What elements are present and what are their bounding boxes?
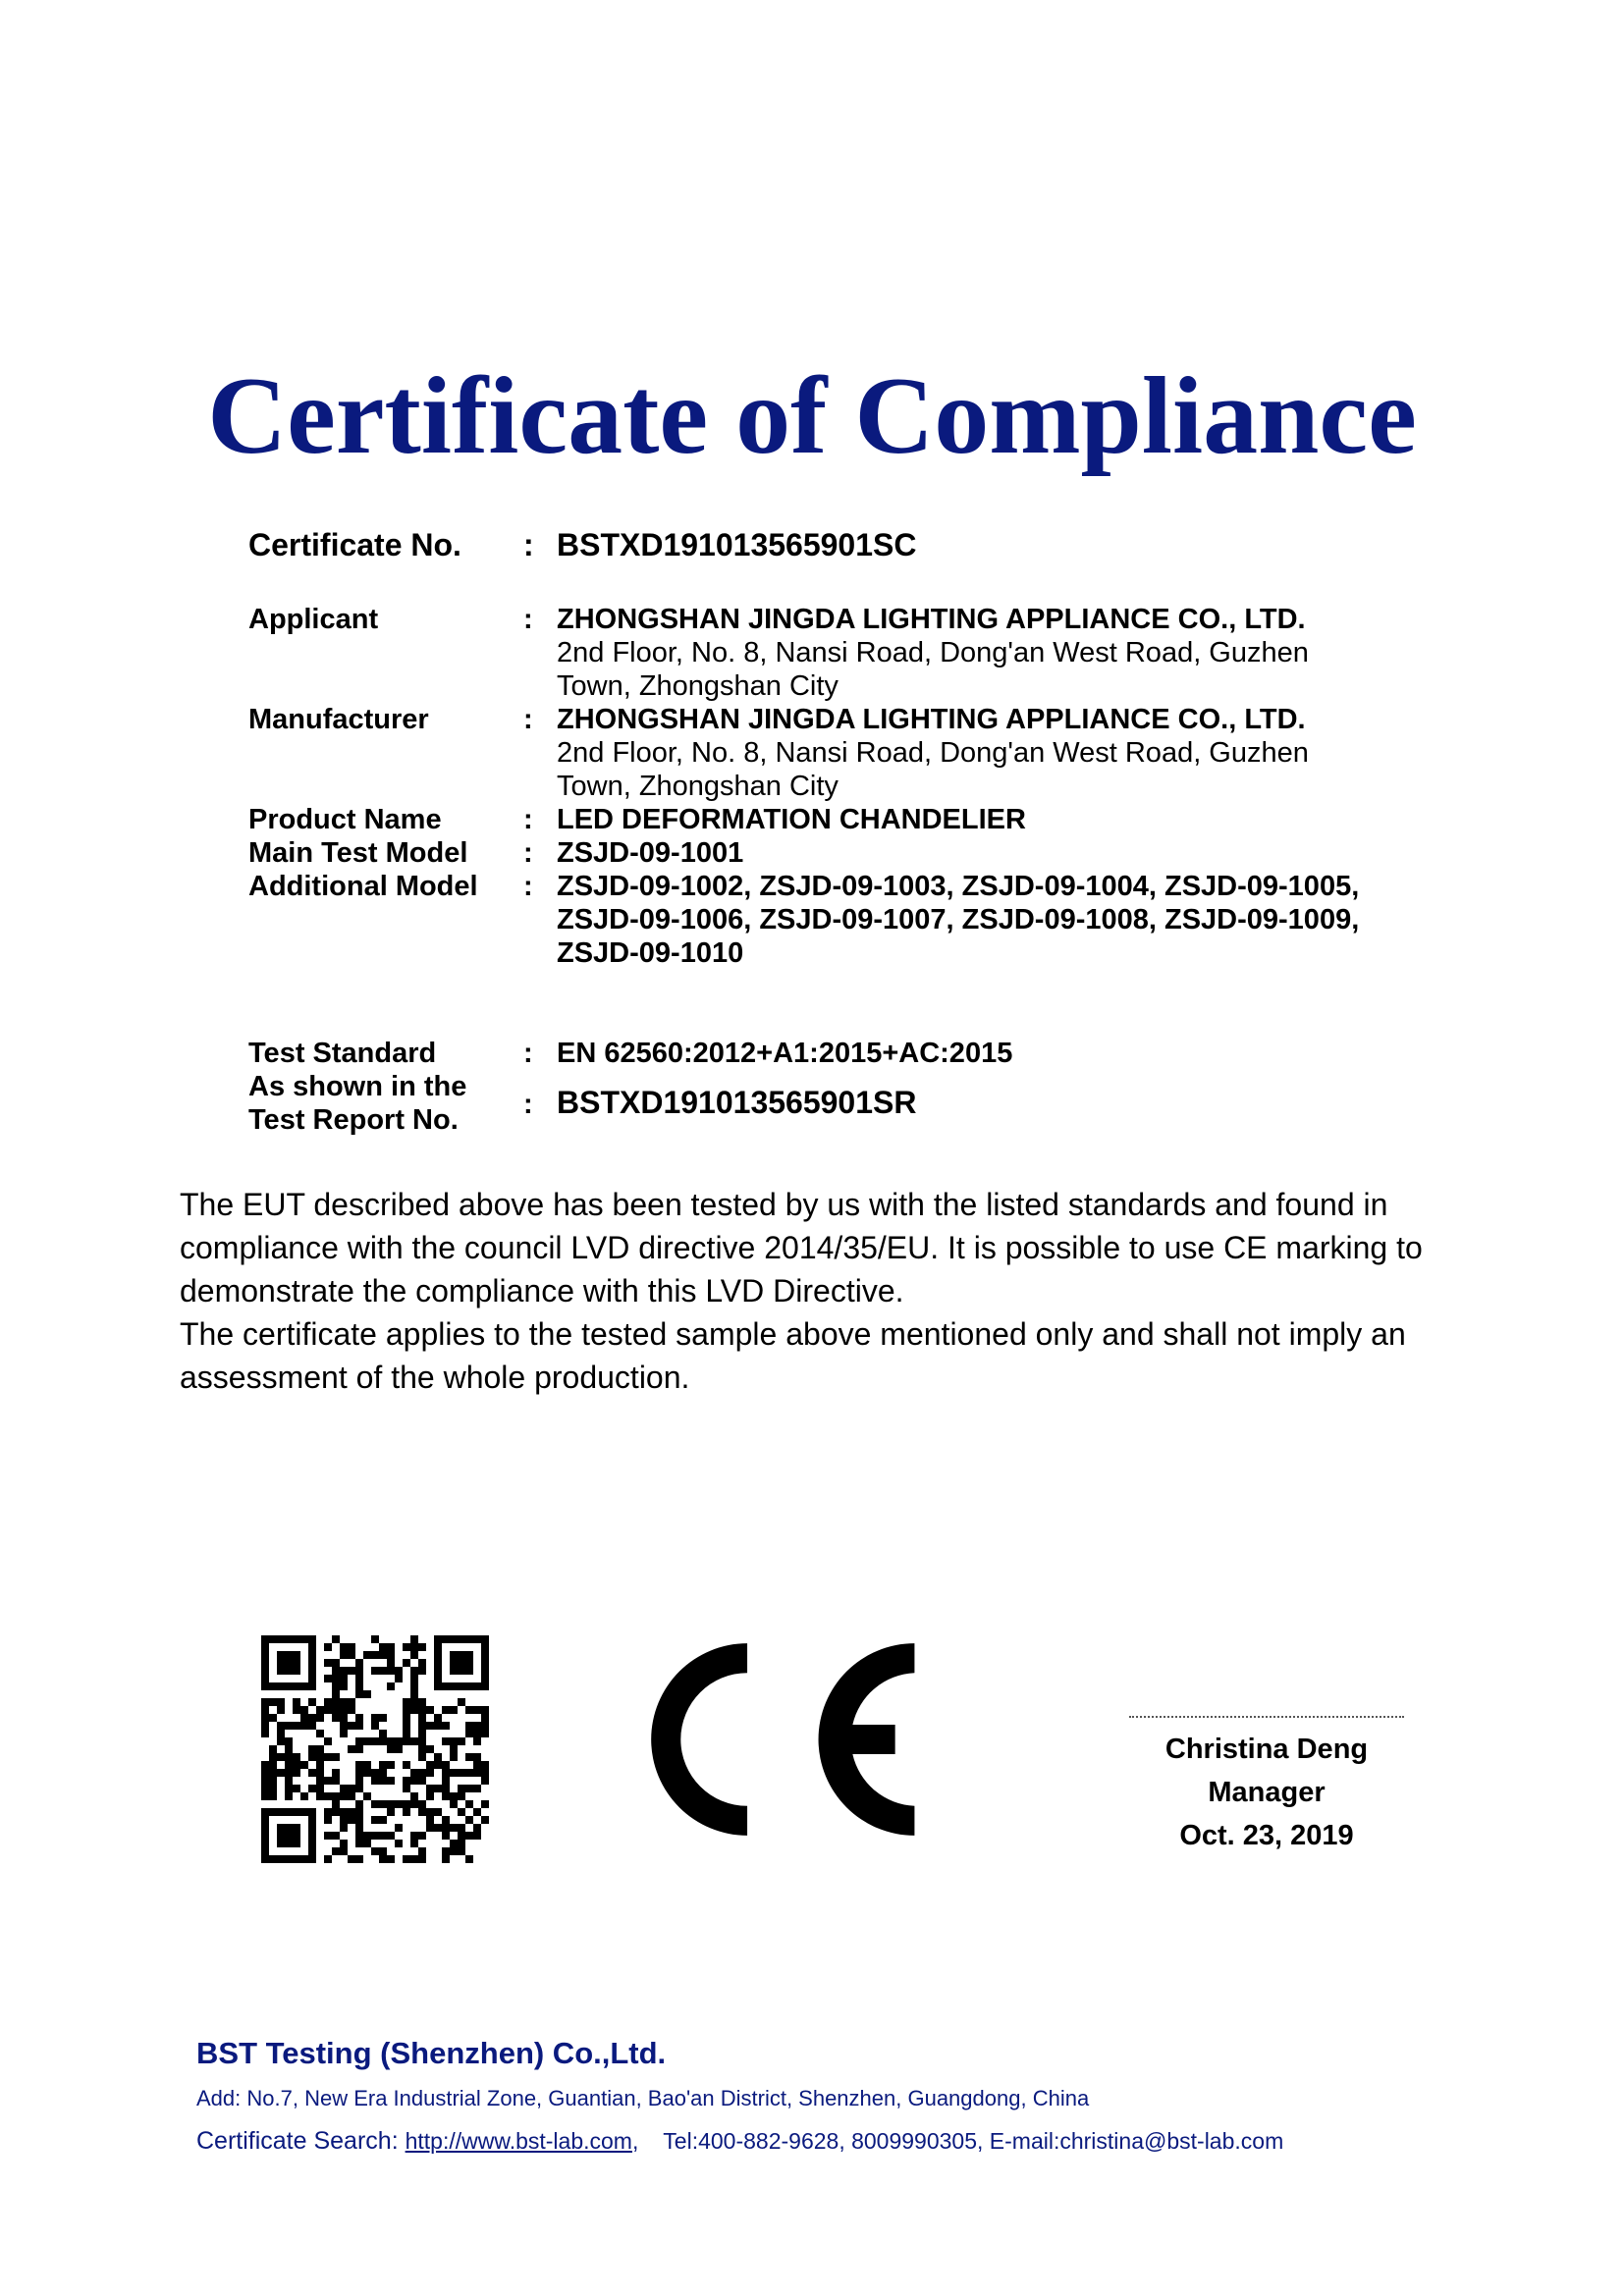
manufacturer-value: ZHONGSHAN JINGDA LIGHTING APPLIANCE CO.,… <box>557 703 1440 803</box>
test-report-value: BSTXD191013565901SR <box>557 1086 1440 1119</box>
test-standard-value: EN 62560:2012+A1:2015+AC:2015 <box>557 1037 1440 1070</box>
applicant-value: ZHONGSHAN JINGDA LIGHTING APPLIANCE CO.,… <box>557 603 1440 703</box>
footer-address: Add: No.7, New Era Industrial Zone, Guan… <box>196 2085 1283 2112</box>
colon: : <box>523 528 534 561</box>
ce-mark-icon <box>638 1631 952 1847</box>
main-test-model-label: Main Test Model <box>248 836 514 870</box>
test-report-label: As shown in the Test Report No. <box>248 1070 514 1137</box>
product-name-value: LED DEFORMATION CHANDELIER <box>557 803 1440 836</box>
signatory-role: Manager <box>1129 1771 1404 1814</box>
colon: : <box>523 1037 533 1070</box>
test-report-label-line1: As shown in the <box>248 1070 514 1103</box>
certificate-no-label: Certificate No. <box>248 528 514 561</box>
statement-paragraph: The EUT described above has been tested … <box>180 1183 1476 1312</box>
certificate-no-value: BSTXD191013565901SC <box>557 528 1440 561</box>
footer: BST Testing (Shenzhen) Co.,Ltd. Add: No.… <box>196 2034 1283 2156</box>
signature-date: Oct. 23, 2019 <box>1129 1814 1404 1857</box>
footer-contact: Tel:400-882-9628, 8009990305, E-mail:chr… <box>663 2128 1283 2154</box>
signature-line <box>1129 1716 1404 1718</box>
main-test-model-value: ZSJD-09-1001 <box>557 836 1440 870</box>
manufacturer-address-line2: Town, Zhongshan City <box>557 770 1440 803</box>
colon: : <box>523 603 533 636</box>
product-name-label: Product Name <box>248 803 514 836</box>
test-report-label-line2: Test Report No. <box>248 1103 514 1137</box>
page-title: Certificate of Compliance <box>0 361 1624 471</box>
compliance-statement: The EUT described above has been tested … <box>180 1183 1476 1399</box>
applicant-address-line1: 2nd Floor, No. 8, Nansi Road, Dong'an We… <box>557 636 1440 669</box>
applicant-label: Applicant <box>248 603 514 636</box>
certificate-search-link[interactable]: http://www.bst-lab.com <box>406 2128 632 2154</box>
footer-search-row: Certificate Search: http://www.bst-lab.c… <box>196 2126 1283 2156</box>
manufacturer-label: Manufacturer <box>248 703 514 736</box>
additional-model-label: Additional Model <box>248 870 514 903</box>
statement-paragraph: The certificate applies to the tested sa… <box>180 1312 1476 1399</box>
additional-model-line: ZSJD-09-1010 <box>557 936 1440 970</box>
colon: : <box>523 836 533 870</box>
additional-model-value: ZSJD-09-1002, ZSJD-09-1003, ZSJD-09-1004… <box>557 870 1440 970</box>
manufacturer-address-line1: 2nd Floor, No. 8, Nansi Road, Dong'an We… <box>557 736 1440 770</box>
applicant-address-line2: Town, Zhongshan City <box>557 669 1440 703</box>
colon: : <box>523 1088 533 1121</box>
signatory-name: Christina Deng <box>1129 1728 1404 1771</box>
qr-code-icon <box>261 1635 489 1863</box>
additional-model-line: ZSJD-09-1006, ZSJD-09-1007, ZSJD-09-1008… <box>557 903 1440 936</box>
additional-model-line: ZSJD-09-1002, ZSJD-09-1003, ZSJD-09-1004… <box>557 870 1440 903</box>
test-standard-label: Test Standard <box>248 1037 514 1070</box>
signature-block: Christina Deng Manager Oct. 23, 2019 <box>1129 1716 1404 1857</box>
footer-company: BST Testing (Shenzhen) Co.,Ltd. <box>196 2034 1283 2073</box>
manufacturer-name: ZHONGSHAN JINGDA LIGHTING APPLIANCE CO.,… <box>557 704 1306 735</box>
colon: : <box>523 703 533 736</box>
certificate-search-label: Certificate Search: <box>196 2127 399 2155</box>
colon: : <box>523 870 533 903</box>
applicant-name: ZHONGSHAN JINGDA LIGHTING APPLIANCE CO.,… <box>557 604 1306 635</box>
colon: : <box>523 803 533 836</box>
